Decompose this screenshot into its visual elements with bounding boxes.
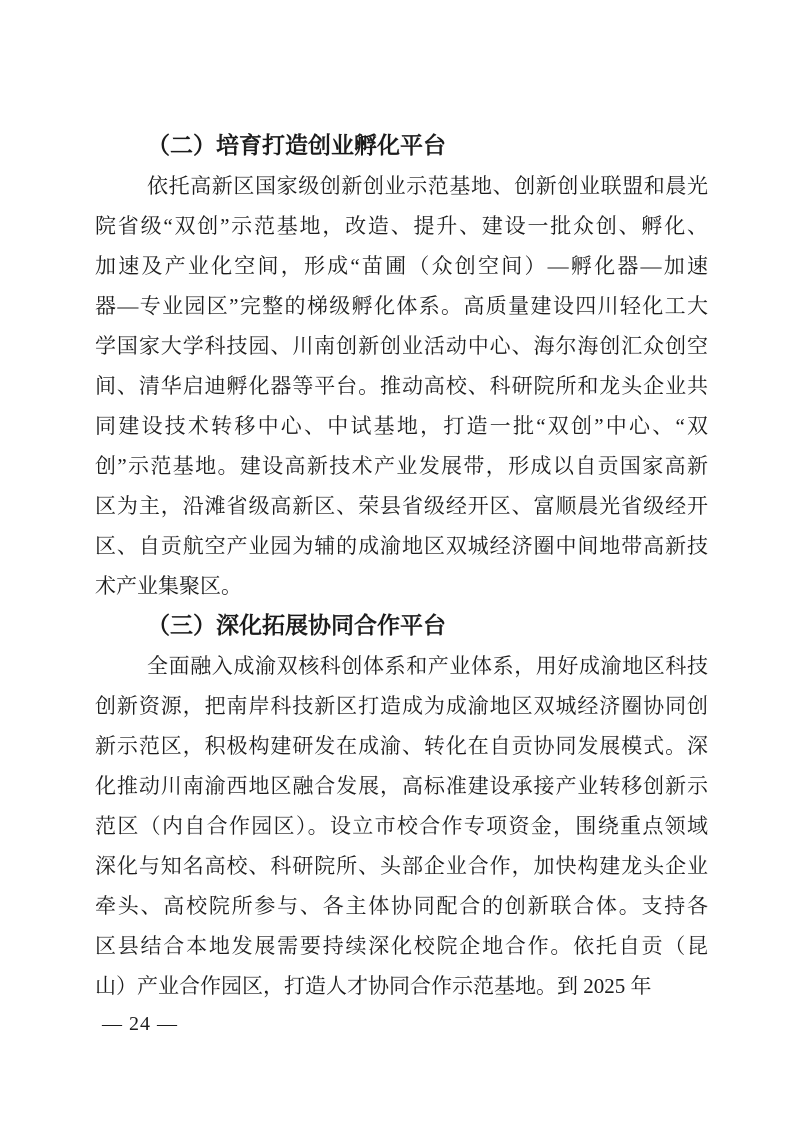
paragraph-line: 加速及产业化空间，形成“苗圃（众创空间）—孵化器—加速 bbox=[95, 246, 708, 286]
paragraph-line: 学国家大学科技园、川南创新创业活动中心、海尔海创汇众创空 bbox=[95, 326, 708, 366]
paragraph-line: 依托高新区国家级创新创业示范基地、创新创业联盟和晨光 bbox=[95, 166, 708, 206]
page-number: — 24 — bbox=[102, 1010, 178, 1038]
section-heading-3: （三）深化拓展协同合作平台 bbox=[95, 606, 708, 646]
section-heading-2: （二）培育打造创业孵化平台 bbox=[95, 126, 708, 166]
paragraph-line: 区县结合本地发展需要持续深化校院企地合作。依托自贡（昆 bbox=[95, 926, 708, 966]
paragraph-line: 深化与知名高校、科研院所、头部企业合作，加快构建龙头企业 bbox=[95, 846, 708, 886]
paragraph-line: 器—专业园区”完整的梯级孵化体系。高质量建设四川轻化工大 bbox=[95, 286, 708, 326]
paragraph-line: 山）产业合作园区，打造人才协同合作示范基地。到 2025 年 bbox=[95, 966, 708, 1006]
paragraph-line: 院省级“双创”示范基地，改造、提升、建设一批众创、孵化、 bbox=[95, 206, 708, 246]
paragraph-line: 牵头、高校院所参与、各主体协同配合的创新联合体。支持各 bbox=[95, 886, 708, 926]
paragraph-line: 全面融入成渝双核科创体系和产业体系，用好成渝地区科技 bbox=[95, 646, 708, 686]
paragraph-line: 新示范区，积极构建研发在成渝、转化在自贡协同发展模式。深 bbox=[95, 726, 708, 766]
paragraph-line: 间、清华启迪孵化器等平台。推动高校、科研院所和龙头企业共 bbox=[95, 366, 708, 406]
paragraph-line: 范区（内自合作园区）。设立市校合作专项资金，围绕重点领域 bbox=[95, 806, 708, 846]
paragraph-1: 依托高新区国家级创新创业示范基地、创新创业联盟和晨光 院省级“双创”示范基地，改… bbox=[95, 166, 708, 606]
paragraph-line: 化推动川南渝西地区融合发展，高标准建设承接产业转移创新示 bbox=[95, 766, 708, 806]
paragraph-line: 创新资源，把南岸科技新区打造成为成渝地区双城经济圈协同创 bbox=[95, 686, 708, 726]
paragraph-line: 区、自贡航空产业园为辅的成渝地区双城经济圈中间地带高新技 bbox=[95, 526, 708, 566]
paragraph-line: 创”示范基地。建设高新技术产业发展带，形成以自贡国家高新 bbox=[95, 446, 708, 486]
paragraph-line: 区为主，沿滩省级高新区、荣县省级经开区、富顺晨光省级经开 bbox=[95, 486, 708, 526]
paragraph-line: 同建设技术转移中心、中试基地，打造一批“双创”中心、“双 bbox=[95, 406, 708, 446]
paragraph-2: 全面融入成渝双核科创体系和产业体系，用好成渝地区科技 创新资源，把南岸科技新区打… bbox=[95, 646, 708, 1006]
paragraph-line: 术产业集聚区。 bbox=[95, 566, 708, 606]
document-content: （二）培育打造创业孵化平台 依托高新区国家级创新创业示范基地、创新创业联盟和晨光… bbox=[95, 126, 708, 1006]
document-page: （二）培育打造创业孵化平台 依托高新区国家级创新创业示范基地、创新创业联盟和晨光… bbox=[0, 0, 800, 1132]
